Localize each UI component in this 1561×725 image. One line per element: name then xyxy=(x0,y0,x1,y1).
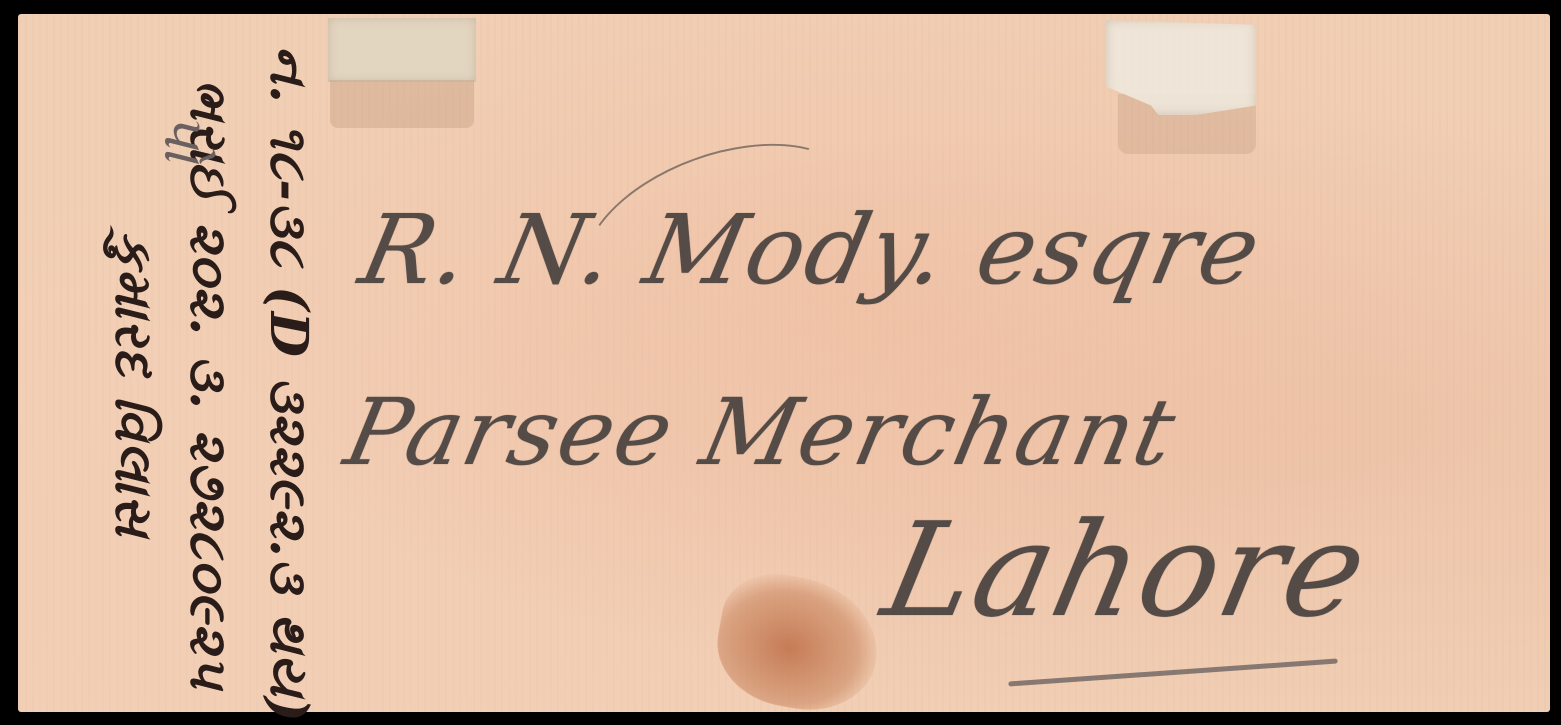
addressee-city: Lahore xyxy=(872,494,1381,646)
addressee-title: Parsee Merchant xyxy=(337,379,1186,486)
water-stain xyxy=(708,565,888,721)
side-note-line-1: ન. ૧૮-૩૮ (D ૩૨૨૯૨.૩ થય) xyxy=(257,45,319,723)
side-note-gujarati: ન. ૧૮-૩૮ (D ૩૨૨૯૨.૩ થય) ભરાઈ ૨૦૨. ૩. ૨૭૨… xyxy=(58,44,378,684)
side-note-line-2: ભરાઈ ૨૦૨. ૩. ૨૭૨૮૦૯૨૫ xyxy=(177,78,239,689)
side-note-line-3: કુમારદ વિલાસ xyxy=(102,231,164,538)
envelope: ન. ૧૮-૩૮ (D ૩૨૨૯૨.૩ થય) ભરાઈ ૨૦૨. ૩. ૨૭૨… xyxy=(18,14,1550,712)
addressee-name: R. N. Mody. esqre xyxy=(351,194,1271,306)
pencil-mark: પો xyxy=(150,112,216,162)
city-underline xyxy=(1008,658,1338,686)
